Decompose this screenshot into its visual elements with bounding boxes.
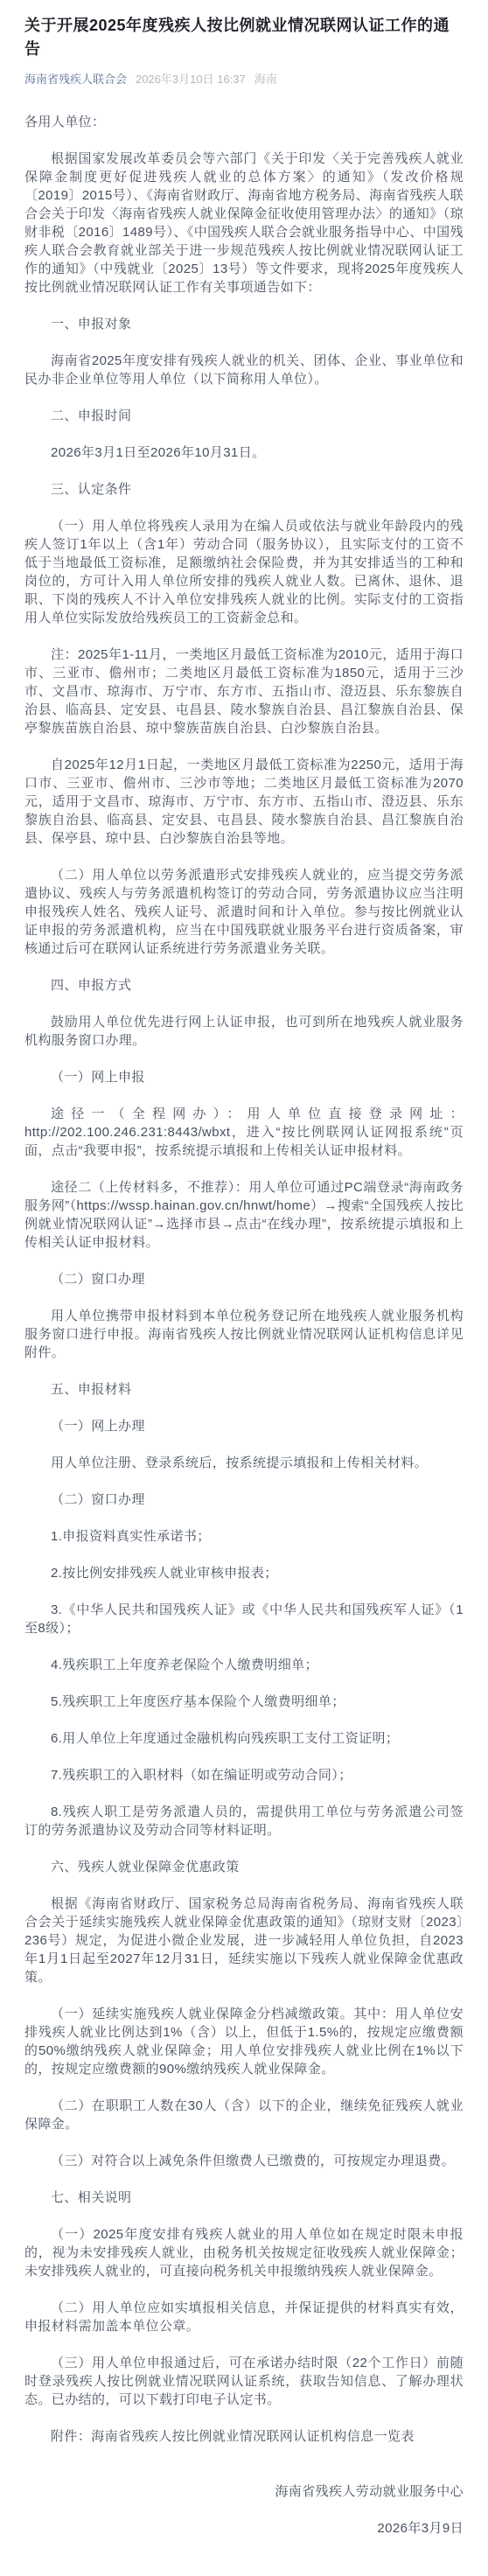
- paragraph: 3.《中华人民共和国残疾人证》或《中华人民共和国残疾军人证》（1至8级）；: [24, 1601, 464, 1637]
- paragraph: （二）用人单位应如实填报相关信息，并保证提供的材料真实有效，申报材料需加盖本单位…: [24, 2299, 464, 2335]
- paragraph: （三）用人单位申报通过后，可在承诺办结时限（22个工作日）前随时登录残疾人按比例…: [24, 2354, 464, 2409]
- paragraph: （三）对符合以上减免条件但缴费人已缴费的，可按规定办理退费。: [24, 2152, 464, 2170]
- page-title: 关于开展2025年度残疾人按比例就业情况联网认证工作的通告: [24, 14, 464, 61]
- paragraph: 用人单位携带申报材料到本单位税务登记所在地残疾人就业服务机构服务窗口进行申报。海…: [24, 1307, 464, 1362]
- paragraph: 7.残疾职工的入职材料（如在编证明或劳动合同）；: [24, 1766, 464, 1784]
- byline: 海南省残疾人联合会 2026年3月10日 16:37 海南: [24, 70, 464, 87]
- paragraph: 5.残疾职工上年度医疗基本保险个人缴费明细单；: [24, 1693, 464, 1711]
- paragraph: 2.按比例安排残疾人就业审核申报表；: [24, 1564, 464, 1582]
- article-body: 各用人单位：根据国家发展改革委员会等六部门《关于印发〈关于完善残疾人就业保障金制…: [24, 113, 464, 2538]
- paragraph: 附件：海南省残疾人按比例就业情况联网认证机构信息一览表: [24, 2427, 464, 2446]
- signature-line: 2026年3月9日: [24, 2519, 464, 2538]
- paragraph: （一）网上办理: [24, 1417, 464, 1435]
- paragraph: 2026年3月1日至2026年10月31日。: [24, 443, 464, 462]
- paragraph: 途径一（全程网办）：用人单位直接登录网址：http://202.100.246.…: [24, 1105, 464, 1160]
- account-name-link[interactable]: 海南省残疾人联合会: [24, 70, 127, 87]
- paragraph: 根据《海南省财政厅、国家税务总局海南省税务局、海南省残疾人联合会关于延续实施残疾…: [24, 1895, 464, 1986]
- paragraph: 一、申报对象: [24, 315, 464, 333]
- paragraph: 三、认定条件: [24, 480, 464, 499]
- paragraph: 根据国家发展改革委员会等六部门《关于印发〈关于完善残疾人就业保障金制度更好促进残…: [24, 150, 464, 297]
- paragraph: （一）2025年度安排有残疾人就业的用人单位如在规定时限未申报的，视为未安排残疾…: [24, 2225, 464, 2280]
- paragraph: 自2025年12月1日起，一类地区月最低工资标准为2250元，适用于海口市、三亚…: [24, 756, 464, 848]
- publish-location: 海南: [254, 70, 277, 87]
- paragraph: （一）网上申报: [24, 1068, 464, 1086]
- paragraph: 各用人单位：: [24, 113, 464, 131]
- paragraph: （一）延续实施残疾人就业保障金分档减缴政策。其中：用人单位安排残疾人就业比例达到…: [24, 2005, 464, 2078]
- paragraph: 鼓励用人单位优先进行网上认证申报，也可到所在地残疾人就业服务机构服务窗口办理。: [24, 1013, 464, 1050]
- paragraph: （二）用人单位以劳务派遣形式安排残疾人就业的，应当提交劳务派遣协议、残疾人与劳务…: [24, 866, 464, 958]
- paragraph: 六、残疾人就业保障金优惠政策: [24, 1858, 464, 1876]
- paragraph: 8.残疾人职工是劳务派遣人员的，需提供用工单位与劳务派遣公司签订的劳务派遣协议及…: [24, 1803, 464, 1840]
- article-page: 关于开展2025年度残疾人按比例就业情况联网认证工作的通告 海南省残疾人联合会 …: [0, 0, 488, 2576]
- paragraph: 二、申报时间: [24, 407, 464, 425]
- paragraph: （一）用人单位将残疾人录用为在编人员或依法与就业年龄段内的残疾人签订1年以上（含…: [24, 517, 464, 627]
- paragraph: 6.用人单位上年度通过金融机构向残疾职工支付工资证明；: [24, 1729, 464, 1748]
- signature-line: 海南省残疾人劳动就业服务中心: [24, 2482, 464, 2501]
- paragraph: （二）窗口办理: [24, 1490, 464, 1509]
- paragraph: 1.申报资料真实性承诺书；: [24, 1527, 464, 1546]
- publish-datetime: 2026年3月10日 16:37: [136, 70, 246, 87]
- paragraph: 途径二（上传材料多，不推荐）：用人单位可通过PC端登录“海南政务服务网”（htt…: [24, 1178, 464, 1252]
- paragraph: （二）在职职工人数在30人（含）以下的企业，继续免征残疾人就业保障金。: [24, 2097, 464, 2133]
- paragraph: 用人单位注册、登录系统后，按系统提示填报和上传相关材料。: [24, 1454, 464, 1472]
- paragraph: 注：2025年1-11月，一类地区月最低工资标准为2010元，适用于海口市、三亚…: [24, 646, 464, 737]
- paragraph: 七、相关说明: [24, 2189, 464, 2207]
- paragraph: 4.残疾职工上年度养老保险个人缴费明细单；: [24, 1656, 464, 1674]
- paragraph: 海南省2025年度安排有残疾人就业的机关、团体、企业、事业单位和民办非企业单位等…: [24, 352, 464, 388]
- paragraph: 四、申报方式: [24, 976, 464, 995]
- paragraph: 五、申报材料: [24, 1380, 464, 1399]
- paragraph: （二）窗口办理: [24, 1270, 464, 1288]
